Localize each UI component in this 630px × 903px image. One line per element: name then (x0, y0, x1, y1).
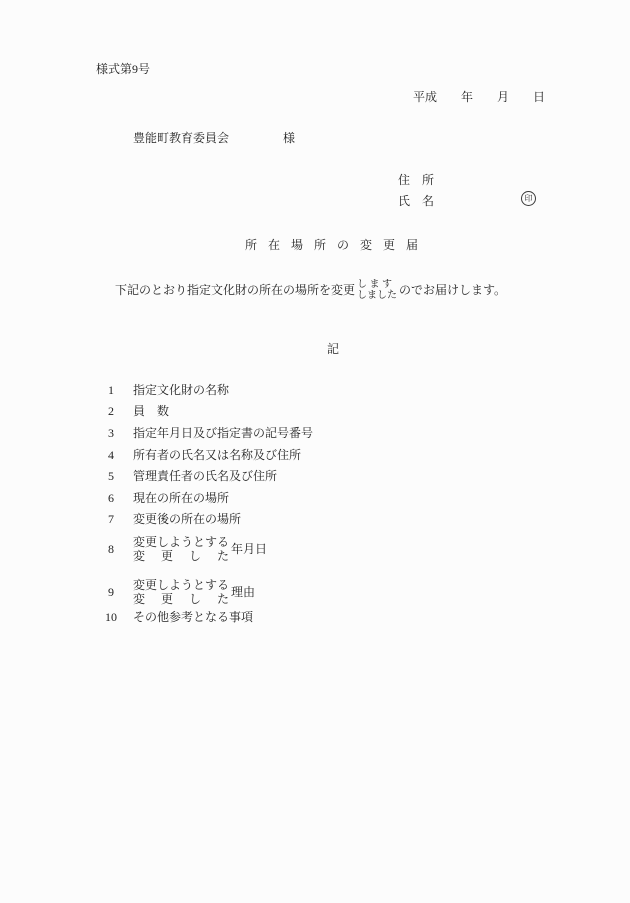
item-number: 8 (99, 542, 123, 557)
addressee-honorific: 様 (283, 129, 295, 146)
sender-address-label: 住 所 (398, 171, 434, 188)
item-number: 3 (99, 426, 123, 441)
item-number: 7 (99, 512, 123, 527)
list-item-6: 6 現在の所在の場所 (99, 491, 229, 506)
date-era-label: 平成 (413, 88, 437, 105)
body-before: 下記のとおり指定文化財の所在の場所を変更 (115, 283, 355, 297)
list-item-8: 8 変更しようとする 変 更 し た 年月日 (99, 535, 267, 563)
body-option-present: し ま す (357, 279, 397, 290)
item-text: 管理責任者の氏名及び住所 (133, 469, 277, 484)
document-title: 所在場所の変更届 (245, 236, 429, 253)
item-number: 6 (99, 491, 123, 506)
item-text: その他参考となる事項 (133, 610, 253, 625)
item-text: 指定年月日及び指定書の記号番号 (133, 426, 313, 441)
addressee-line: 豊能町教育委員会 様 (133, 129, 295, 146)
body-after: のでお届けします。 (399, 283, 506, 297)
item-number: 4 (99, 448, 123, 463)
item-number: 1 (99, 383, 123, 398)
body-option-past: しました (357, 290, 397, 301)
sender-name-label: 氏 名 (398, 192, 434, 209)
item-suffix: 年月日 (231, 542, 267, 557)
list-item-3: 3 指定年月日及び指定書の記号番号 (99, 426, 313, 441)
form-number: 様式第9号 (96, 60, 150, 77)
item-option-stack: 変更しようとする 変 更 し た (133, 578, 229, 606)
item-option-bottom: 変 更 し た (133, 592, 229, 606)
item-text: 指定文化財の名称 (133, 383, 229, 398)
list-item-10: 10 その他参考となる事項 (99, 610, 253, 625)
body-text: 下記のとおり指定文化財の所在の場所を変更 し ま す しました のでお届けします… (115, 279, 506, 301)
list-item-9: 9 変更しようとする 変 更 し た 理由 (99, 578, 255, 606)
date-line: 平成 年 月 日 (413, 88, 545, 105)
item-text: 変更後の所在の場所 (133, 512, 241, 527)
item-number: 9 (99, 585, 123, 600)
body-option-stack: し ま す しました (357, 279, 397, 301)
item-number: 5 (99, 469, 123, 484)
date-day-label: 日 (533, 88, 545, 105)
record-marker: 記 (327, 340, 339, 357)
seal-character: 印 (525, 195, 533, 203)
list-item-2: 2 員 数 (99, 404, 169, 419)
item-number: 10 (99, 610, 123, 625)
date-month-label: 月 (497, 88, 509, 105)
seal-icon: 印 (521, 191, 536, 206)
list-item-1: 1 指定文化財の名称 (99, 383, 229, 398)
item-option-stack: 変更しようとする 変 更 し た (133, 535, 229, 563)
item-text: 員 数 (133, 404, 169, 419)
list-item-4: 4 所有者の氏名又は名称及び住所 (99, 448, 301, 463)
item-number: 2 (99, 404, 123, 419)
item-text: 所有者の氏名又は名称及び住所 (133, 448, 301, 463)
item-option-top: 変更しようとする (133, 578, 229, 592)
item-option-top: 変更しようとする (133, 535, 229, 549)
item-option-bottom: 変 更 し た (133, 549, 229, 563)
list-item-5: 5 管理責任者の氏名及び住所 (99, 469, 277, 484)
list-item-7: 7 変更後の所在の場所 (99, 512, 241, 527)
date-year-label: 年 (461, 88, 473, 105)
document-page: 様式第9号 平成 年 月 日 豊能町教育委員会 様 住 所 氏 名 印 所在場所… (0, 0, 630, 903)
item-text: 現在の所在の場所 (133, 491, 229, 506)
addressee-name: 豊能町教育委員会 (133, 129, 229, 146)
item-suffix: 理由 (231, 585, 255, 600)
